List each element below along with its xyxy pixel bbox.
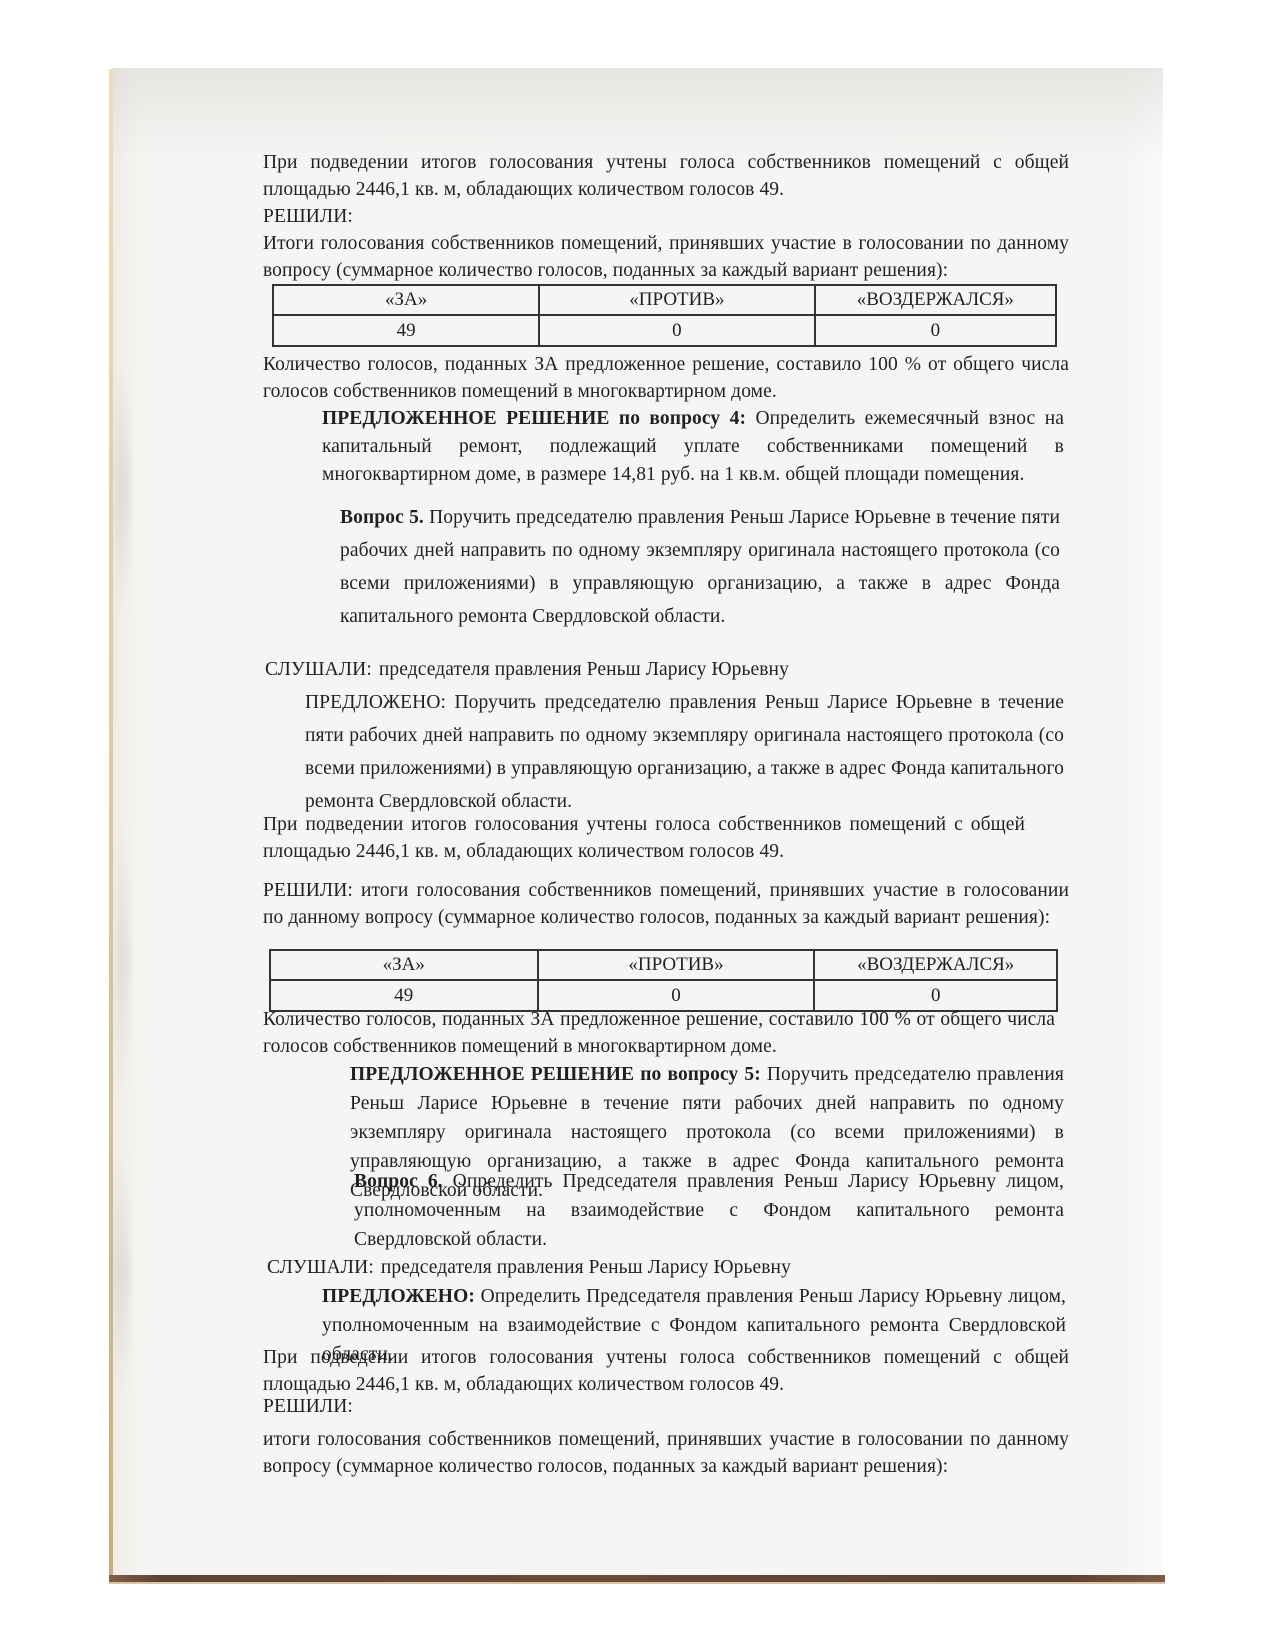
q6-title-lead: Вопрос 6. (354, 1171, 443, 1192)
q5-title-text: Поручить председателю правления Реньш Ла… (340, 507, 1060, 627)
q4-decided-label: РЕШИЛИ: (263, 203, 663, 230)
q6-proposed-label: ПРЕДЛОЖЕНО: (322, 1286, 475, 1307)
votes-protiv: 0 (539, 315, 815, 346)
votes-vozderzhalsya: 0 (815, 315, 1056, 346)
q4-proposed-decision-lead: ПРЕДЛОЖЕННОЕ РЕШЕНИЕ по вопросу 4: (322, 408, 746, 429)
q4-proposed-decision: ПРЕДЛОЖЕННОЕ РЕШЕНИЕ по вопросу 4: Опред… (322, 405, 1064, 489)
header-protiv: «ПРОТИВ» (538, 950, 815, 980)
q5-heard-text: председателя правления Реньш Ларису Юрье… (379, 659, 789, 680)
q6-title-text: Определить Председателя правления Реньш … (354, 1171, 1064, 1250)
q5-decided-label: РЕШИЛИ: (263, 880, 353, 901)
q5-vote-table: «ЗА» «ПРОТИВ» «ВОЗДЕРЖАЛСЯ» 49 0 0 (269, 949, 1058, 1012)
q5-heard-label: СЛУШАЛИ: (265, 659, 372, 680)
q5-decided: РЕШИЛИ: итоги голосования собственников … (263, 877, 1069, 931)
scan-smudge (112, 1159, 130, 1389)
q5-proposed-decision-lead: ПРЕДЛОЖЕННОЕ РЕШЕНИЕ по вопросу 5: (350, 1064, 761, 1085)
scanned-document-canvas: При подведении итогов голосования учтены… (0, 0, 1275, 1650)
paper-sheet: При подведении итогов голосования учтены… (112, 68, 1163, 1575)
scan-smudge (116, 829, 130, 1089)
q6-heard-text: председателя правления Реньш Ларису Юрье… (381, 1257, 791, 1278)
header-vozderzhalsya: «ВОЗДЕРЖАЛСЯ» (814, 950, 1057, 980)
q5-share-text: Количество голосов, поданных ЗА предложе… (263, 1006, 1055, 1060)
q4-vote-table: «ЗА» «ПРОТИВ» «ВОЗДЕРЖАЛСЯ» 49 0 0 (272, 284, 1057, 347)
header-vozderzhalsya: «ВОЗДЕРЖАЛСЯ» (815, 285, 1056, 315)
header-za: «ЗА» (273, 285, 539, 315)
q5-proposed-label: ПРЕДЛОЖЕНО: (305, 692, 446, 713)
header-protiv: «ПРОТИВ» (539, 285, 815, 315)
q6-title: Вопрос 6. Определить Председателя правле… (354, 1167, 1064, 1254)
q5-proposed: ПРЕДЛОЖЕНО: Поручить председателю правле… (305, 686, 1064, 818)
q6-tally-intro: При подведении итогов голосования учтены… (263, 1344, 1069, 1398)
q4-results-intro: Итоги голосования собственников помещени… (263, 230, 1069, 284)
votes-za: 49 (273, 315, 539, 346)
q5-title-lead: Вопрос 5. (340, 507, 424, 528)
q5-decided-text: итоги голосования собственников помещени… (263, 880, 1069, 928)
q6-decided-label: РЕШИЛИ: (263, 1393, 663, 1420)
q5-heard: СЛУШАЛИ:председателя правления Реньш Лар… (265, 656, 965, 683)
scan-smudge (114, 369, 130, 609)
q5-title: Вопрос 5. Поручить председателю правлени… (340, 501, 1060, 633)
paper-bottom-edge-shadow (109, 1575, 1165, 1582)
q6-results-intro: итоги голосования собственников помещени… (263, 1426, 1069, 1480)
paper-left-edge (109, 69, 113, 1575)
table-header-row: «ЗА» «ПРОТИВ» «ВОЗДЕРЖАЛСЯ» (270, 950, 1057, 980)
q5-tally-intro: При подведении итогов голосования учтены… (263, 811, 1025, 865)
header-za: «ЗА» (270, 950, 538, 980)
q4-share-text: Количество голосов, поданных ЗА предложе… (263, 351, 1069, 405)
q6-heard: СЛУШАЛИ:председателя правления Реньш Лар… (267, 1254, 967, 1281)
q6-heard-label: СЛУШАЛИ: (267, 1257, 374, 1278)
table-value-row: 49 0 0 (273, 315, 1056, 346)
q4-tally-intro: При подведении итогов голосования учтены… (263, 149, 1069, 203)
table-header-row: «ЗА» «ПРОТИВ» «ВОЗДЕРЖАЛСЯ» (273, 285, 1056, 315)
